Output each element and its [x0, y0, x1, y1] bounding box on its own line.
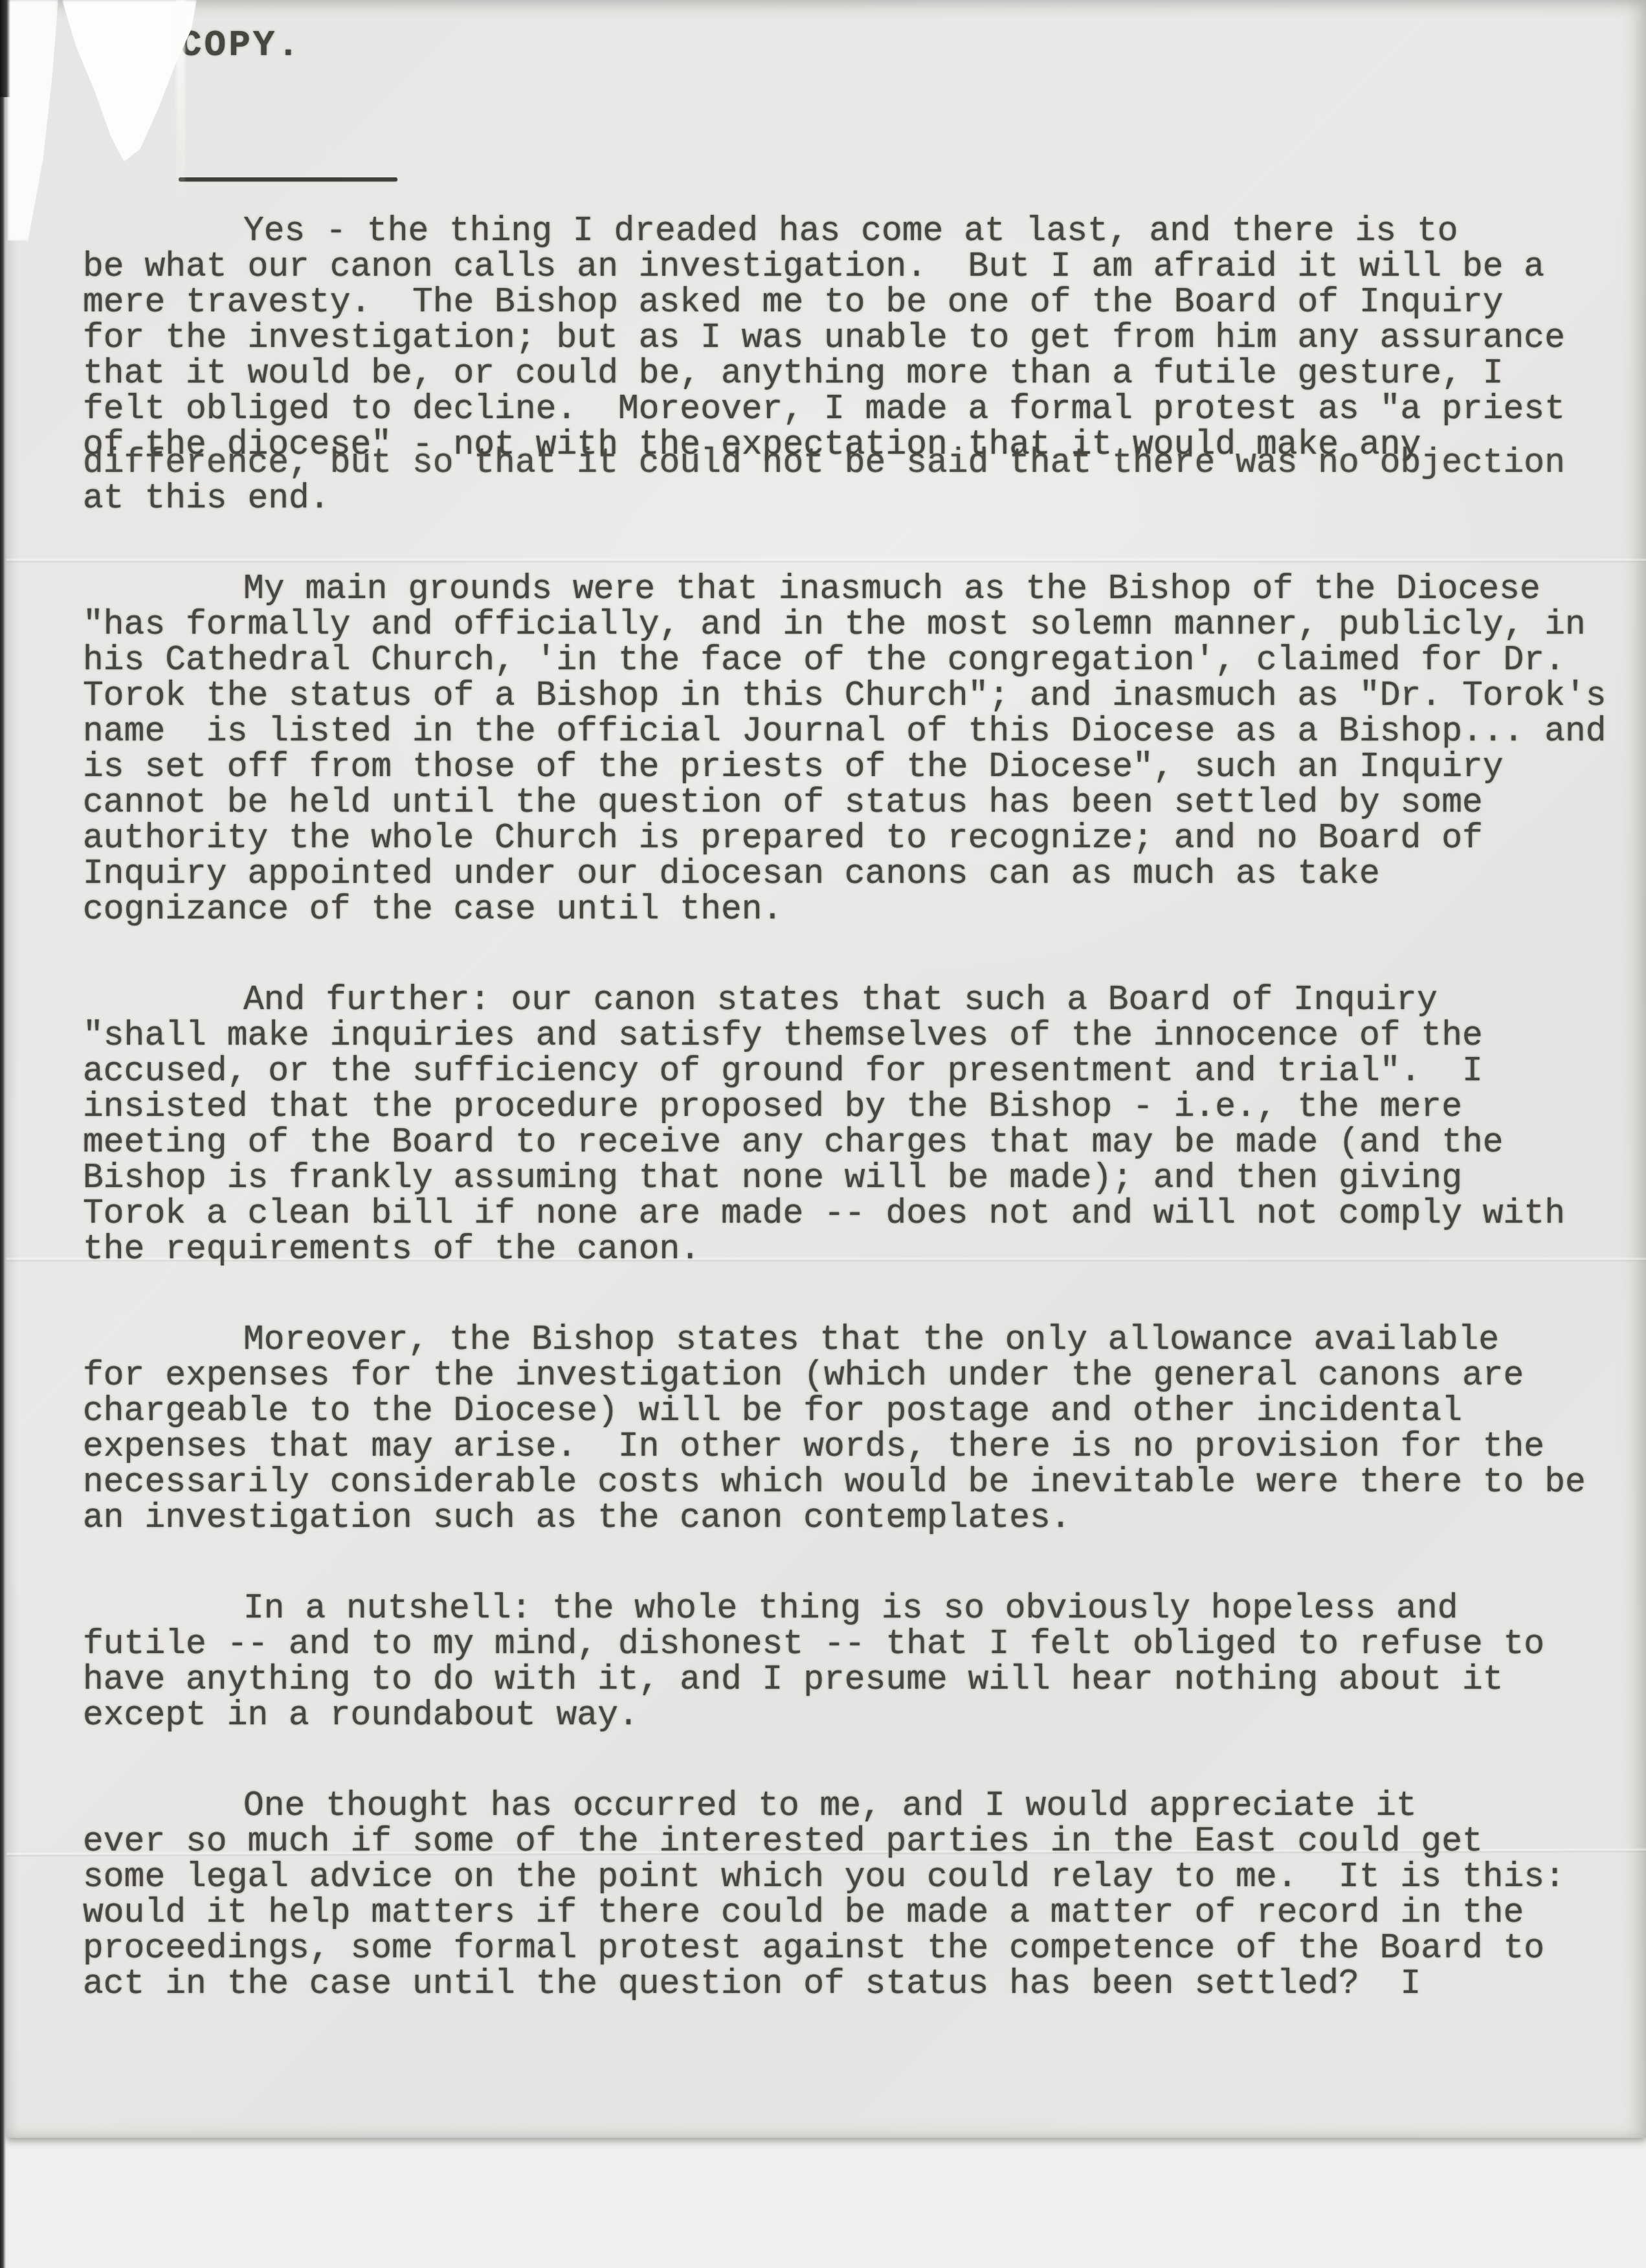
typed-line: would it help matters if there could be …: [83, 1895, 1636, 1931]
letter-body: Yes - the thing I dreaded has come at la…: [83, 214, 1636, 2057]
paragraph: My main grounds were that inasmuch as th…: [83, 572, 1636, 928]
typed-line: Torok a clean bill if none are made -- d…: [83, 1196, 1636, 1232]
typed-line: be what our canon calls an investigation…: [83, 249, 1636, 285]
paragraph: Moreover, the Bishop states that the onl…: [83, 1322, 1636, 1536]
typed-line: name is listed in the official Journal o…: [83, 714, 1636, 750]
typed-line: cannot be held until the question of sta…: [83, 785, 1636, 821]
typed-line: My main grounds were that inasmuch as th…: [83, 572, 1636, 607]
typed-line: his Cathedral Church, 'in the face of th…: [83, 643, 1636, 678]
typed-line: for expenses for the investigation (whic…: [83, 1358, 1636, 1394]
paragraph: And further: our canon states that such …: [83, 983, 1636, 1267]
typed-line: act in the case until the question of st…: [83, 1966, 1636, 2002]
typed-line: for the investigation; but as I was unab…: [83, 320, 1636, 356]
scanner-edge: [0, 0, 6, 2268]
torn-edge-left: [8, 0, 58, 241]
typed-line: "shall make inquiries and satisfy themse…: [83, 1018, 1636, 1054]
typed-line: Moreover, the Bishop states that the onl…: [83, 1322, 1636, 1358]
typed-line: necessarily considerable costs which wou…: [83, 1465, 1636, 1500]
typed-line: chargeable to the Diocese) will be for p…: [83, 1394, 1636, 1429]
typed-line: at this end.: [83, 481, 1636, 517]
typed-line: an investigation such as the canon conte…: [83, 1500, 1636, 1536]
typed-line: is set off from those of the priests of …: [83, 750, 1636, 785]
typed-line: insisted that the procedure proposed by …: [83, 1089, 1636, 1125]
typed-line: felt obliged to decline. Moreover, I mad…: [83, 392, 1636, 427]
typed-line: expenses that may arise. In other words,…: [83, 1429, 1636, 1465]
copy-label: COPY.: [180, 26, 302, 65]
typed-line: authority the whole Church is prepared t…: [83, 821, 1636, 856]
typed-line: Inquiry appointed under our diocesan can…: [83, 856, 1636, 892]
typed-line: proceedings, some formal protest against…: [83, 1931, 1636, 1966]
typed-line: difference, but so that it could not be …: [83, 445, 1636, 481]
typed-line: ever so much if some of the interested p…: [83, 1824, 1636, 1860]
typed-line: the requirements of the canon.: [83, 1232, 1636, 1267]
typed-line: In a nutshell: the whole thing is so obv…: [83, 1591, 1636, 1627]
typed-line: have anything to do with it, and I presu…: [83, 1662, 1636, 1698]
typed-rule-line: [179, 177, 397, 181]
typed-line: Torok the status of a Bishop in this Chu…: [83, 678, 1636, 714]
paragraph: One thought has occurred to me, and I wo…: [83, 1788, 1636, 2002]
typed-line: except in a roundabout way.: [83, 1698, 1636, 1733]
paragraph: In a nutshell: the whole thing is so obv…: [83, 1591, 1636, 1733]
scanner-edge-corner: [0, 0, 10, 97]
typed-line: mere travesty. The Bishop asked me to be…: [83, 285, 1636, 320]
typed-line: "has formally and officially, and in the…: [83, 607, 1636, 643]
typed-line: that it would be, or could be, anything …: [83, 356, 1636, 392]
typed-line: Bishop is frankly assuming that none wil…: [83, 1161, 1636, 1196]
typed-line: Yes - the thing I dreaded has come at la…: [83, 214, 1636, 249]
torn-hairline: [176, 0, 185, 207]
typed-line: cognizance of the case until then.: [83, 892, 1636, 928]
typed-line: futile -- and to my mind, dishonest -- t…: [83, 1627, 1636, 1662]
paragraph: Yes - the thing I dreaded has come at la…: [83, 214, 1636, 517]
typed-line: meeting of the Board to receive any char…: [83, 1125, 1636, 1161]
typed-line: accused, or the sufficiency of ground fo…: [83, 1054, 1636, 1089]
letter-sheet: COPY. Yes - the thing I dreaded has come…: [6, 0, 1646, 2138]
typed-line: One thought has occurred to me, and I wo…: [83, 1788, 1636, 1824]
scanned-page: COPY. Yes - the thing I dreaded has come…: [0, 0, 1646, 2268]
typed-line: And further: our canon states that such …: [83, 983, 1636, 1018]
typed-line: some legal advice on the point which you…: [83, 1860, 1636, 1895]
